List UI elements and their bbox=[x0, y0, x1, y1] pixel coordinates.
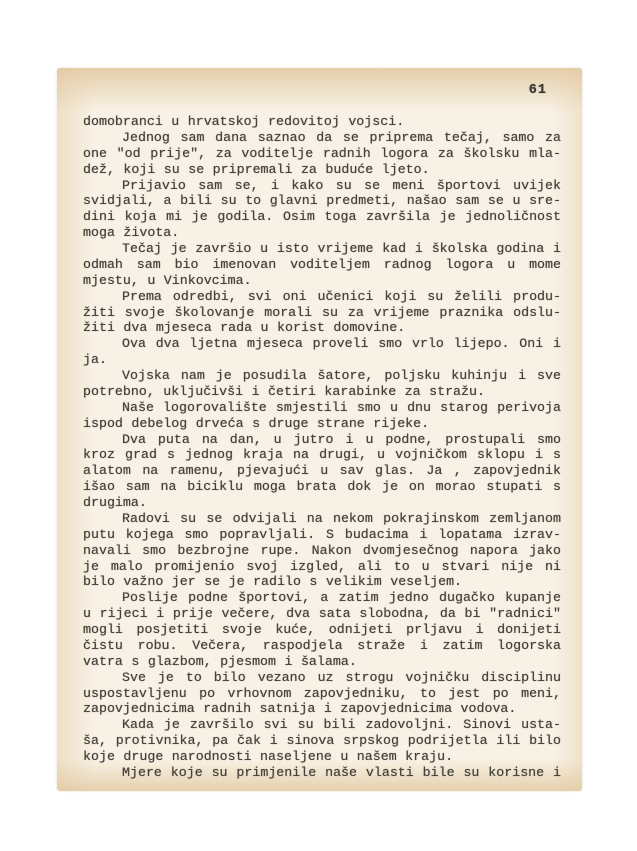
scanned-page: 61 domobranci u hrvatskoj redovitoj vojs… bbox=[57, 68, 582, 791]
text-line: vatra s glazbom, pjesmom i šalama. bbox=[83, 654, 561, 670]
text-line: čistu robu. Večera, raspodjela straže i … bbox=[83, 638, 561, 654]
text-line: Kada je završilo svi su bili zadovoljni.… bbox=[83, 717, 561, 733]
text-line: moga života. bbox=[83, 225, 561, 241]
text-line: kroz grad s jednog kraja na drugi, u voj… bbox=[83, 447, 561, 463]
text-line: dež, koji su se pripremali za buduće lje… bbox=[83, 162, 561, 178]
text-line: Vojska nam je posudila šatore, poljsku k… bbox=[83, 368, 561, 384]
text-line: žiti dva mjeseca rada u korist domovine. bbox=[83, 320, 561, 336]
text-line: Prijavio sam se, i kako su se meni šport… bbox=[83, 178, 561, 194]
text-line: mjestu, u Vinkovcima. bbox=[83, 273, 561, 289]
text-line: mogli posjetiti svoje kuće, odnijeti prl… bbox=[83, 622, 561, 638]
text-line: Mjere koje su primjenile naše vlasti bil… bbox=[83, 765, 561, 781]
text-line: išao sam na biciklu moga brata dok je on… bbox=[83, 479, 561, 495]
text-line: alatom na ramenu, pjevajući u sav glas. … bbox=[83, 463, 561, 479]
text-line: zapovjednicima radnih satnija i zapovjed… bbox=[83, 701, 561, 717]
text-line: navali smo bezbrojne rupe. Nakon dvomjes… bbox=[83, 543, 561, 559]
text-line: Dva puta na dan, u jutro i u podne, pros… bbox=[83, 432, 561, 448]
text-line: odmah sam bio imenovan voditeljem radnog… bbox=[83, 257, 561, 273]
text-line: Jednog sam dana saznao da se priprema te… bbox=[83, 130, 561, 146]
text-line: Naše logorovalište smjestili smo u dnu s… bbox=[83, 400, 561, 416]
text-line: Tečaj je završio u isto vrijeme kad i šk… bbox=[83, 241, 561, 257]
text-line: one "od prije", za voditelje radnih logo… bbox=[83, 146, 561, 162]
text-line: Poslije podne športovi, a zatim jedno du… bbox=[83, 590, 561, 606]
text-line: drugima. bbox=[83, 495, 561, 511]
text-line: putu kojega smo popravljali. S budacima … bbox=[83, 527, 561, 543]
text-line: Radovi su se odvijali na nekom pokrajins… bbox=[83, 511, 561, 527]
text-line: potrebno, uključivši i četiri karabinke … bbox=[83, 384, 561, 400]
text-line: žiti svoje školovanje morali su za vrije… bbox=[83, 305, 561, 321]
text-line: Prema odredbi, svi oni učenici koji su ž… bbox=[83, 289, 561, 305]
page-number: 61 bbox=[529, 83, 547, 98]
text-line: svidjali, a bili su to glavni predmeti, … bbox=[83, 193, 561, 209]
text-line: ša, protivnika, pa čak i sinova srpskog … bbox=[83, 733, 561, 749]
text-line: ja. bbox=[83, 352, 561, 368]
text-line: koje druge narodnosti naseljene u našem … bbox=[83, 749, 561, 765]
page-background: 61 domobranci u hrvatskoj redovitoj vojs… bbox=[0, 0, 637, 851]
text-line: je malo promijenio svoj izgled, ali to u… bbox=[83, 559, 561, 575]
text-line: u rijeci i prije večere, dva sata slobod… bbox=[83, 606, 561, 622]
text-line: bilo važno jer se je radilo s velikim ve… bbox=[83, 574, 561, 590]
text-line: Sve je to bilo vezano uz strogu vojničku… bbox=[83, 670, 561, 686]
body-text: domobranci u hrvatskoj redovitoj vojsci.… bbox=[83, 114, 561, 781]
text-line: domobranci u hrvatskoj redovitoj vojsci. bbox=[83, 114, 561, 130]
text-line: ispod debelog drveća s druge strane rije… bbox=[83, 416, 561, 432]
text-line: uspostavljenu po vrhovnom zapovjedniku, … bbox=[83, 686, 561, 702]
text-line: Ova dva ljetna mjeseca proveli smo vrlo … bbox=[83, 336, 561, 352]
text-line: dini koja mi je godila. Osim toga završi… bbox=[83, 209, 561, 225]
